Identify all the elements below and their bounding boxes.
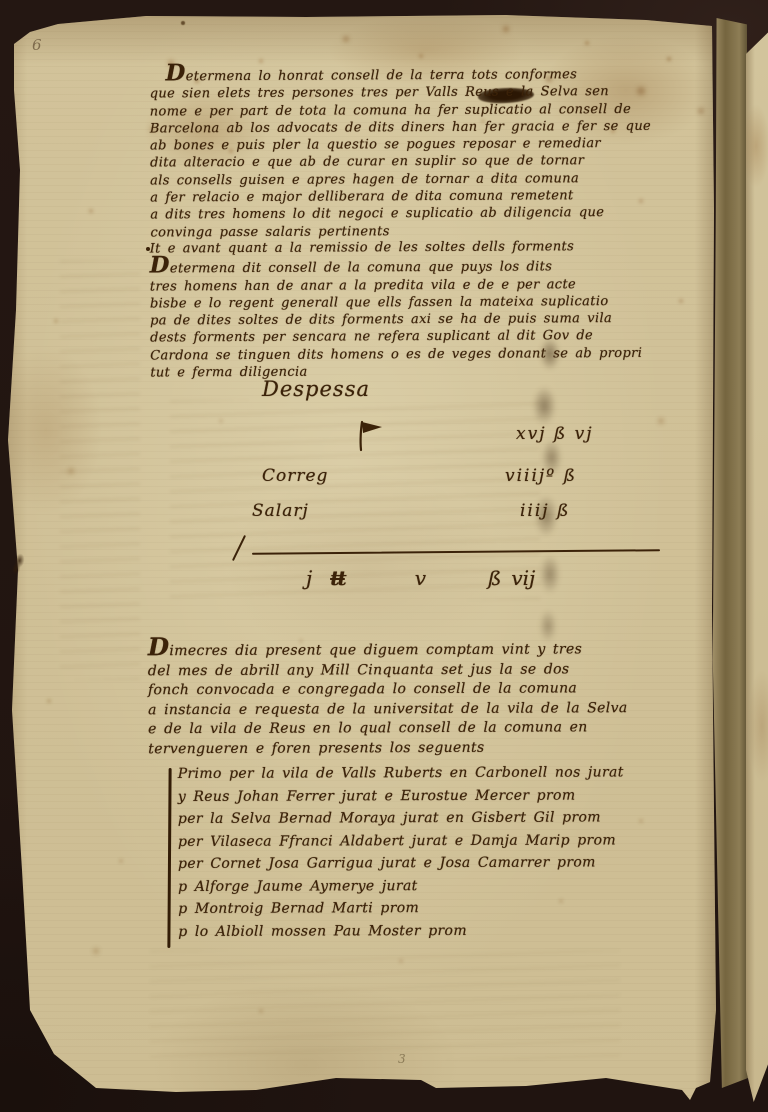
attendee-line: p Alforge Jaume Aymerye jurat bbox=[178, 874, 718, 898]
expense-total-row: jttvßvij bbox=[306, 566, 666, 590]
total-diners: vij bbox=[511, 566, 535, 590]
attendee-line: p lo Albioll mossen Pau Moster prom bbox=[178, 919, 718, 943]
show-through-stain bbox=[150, 950, 620, 1060]
next-page-edge bbox=[746, 26, 768, 1102]
total-units: j bbox=[306, 566, 312, 590]
lliura-sign: tt bbox=[330, 566, 344, 590]
text-line: Cardona se tinguen dits homens o es de v… bbox=[150, 344, 712, 364]
paragraph-council-meeting: Dimecres dia present que diguem comptam … bbox=[148, 635, 715, 759]
attendees-list: Primo per la vila de Valls Ruberts en Ca… bbox=[178, 761, 719, 943]
attendee-line: p Montroig Bernad Marti prom bbox=[178, 896, 718, 920]
text-line: del mes de abrill any Mill Cinquanta set… bbox=[148, 659, 714, 681]
expense-amount: iiij ß bbox=[520, 501, 570, 521]
bottom-mark: 3 bbox=[398, 1052, 406, 1066]
text-line: Dimecres dia present que diguem comptam … bbox=[148, 635, 714, 662]
expense-item-flag-glyph bbox=[352, 418, 386, 456]
expense-item-label: Correg bbox=[262, 466, 328, 486]
expense-amount: viiijº ß bbox=[505, 466, 577, 486]
manuscript-photo: 6 Determena lo honrat consell de la terr… bbox=[0, 0, 768, 1112]
expense-item-label: Salarj bbox=[252, 501, 309, 521]
expense-amount: xvj ß vj bbox=[516, 424, 594, 444]
attendee-line: y Reus Johan Ferrer jurat e Eurostue Mer… bbox=[178, 784, 718, 808]
text-line: a instancia e requesta de la universitat… bbox=[148, 698, 714, 720]
attendee-line: per Cornet Josa Garrigua jurat e Josa Ca… bbox=[178, 851, 718, 875]
expense-heading: Despessa bbox=[262, 377, 370, 401]
attendee-line: per Vilaseca Ffranci Aldabert jurat e Da… bbox=[178, 829, 718, 853]
sous-sign: ß bbox=[488, 566, 501, 590]
paragraph-item-forments: It e avant quant a la remissio de les so… bbox=[150, 238, 713, 382]
attendee-line: Primo per la vila de Valls Ruberts en Ca… bbox=[178, 761, 718, 785]
text-line: Barcelona ab los advocats de dits diners… bbox=[150, 117, 712, 137]
attendee-line: per la Selva Bernad Moraya jurat en Gisb… bbox=[178, 806, 718, 830]
text-line: e de la vila de Reus en lo qual consell … bbox=[148, 718, 714, 740]
text-line: tervengueren e foren presents los seguen… bbox=[148, 737, 714, 759]
text-line: fonch convocada e congregada lo consell … bbox=[148, 679, 714, 701]
folio-number: 6 bbox=[32, 36, 42, 54]
paragraph-determination: Determena lo honrat consell de la terra … bbox=[150, 63, 713, 242]
foxing-spots bbox=[0, 0, 2, 2]
total-sous: v bbox=[415, 566, 426, 590]
show-through-stain bbox=[60, 260, 140, 680]
text-line: tut e ferma diligencia bbox=[150, 362, 712, 382]
